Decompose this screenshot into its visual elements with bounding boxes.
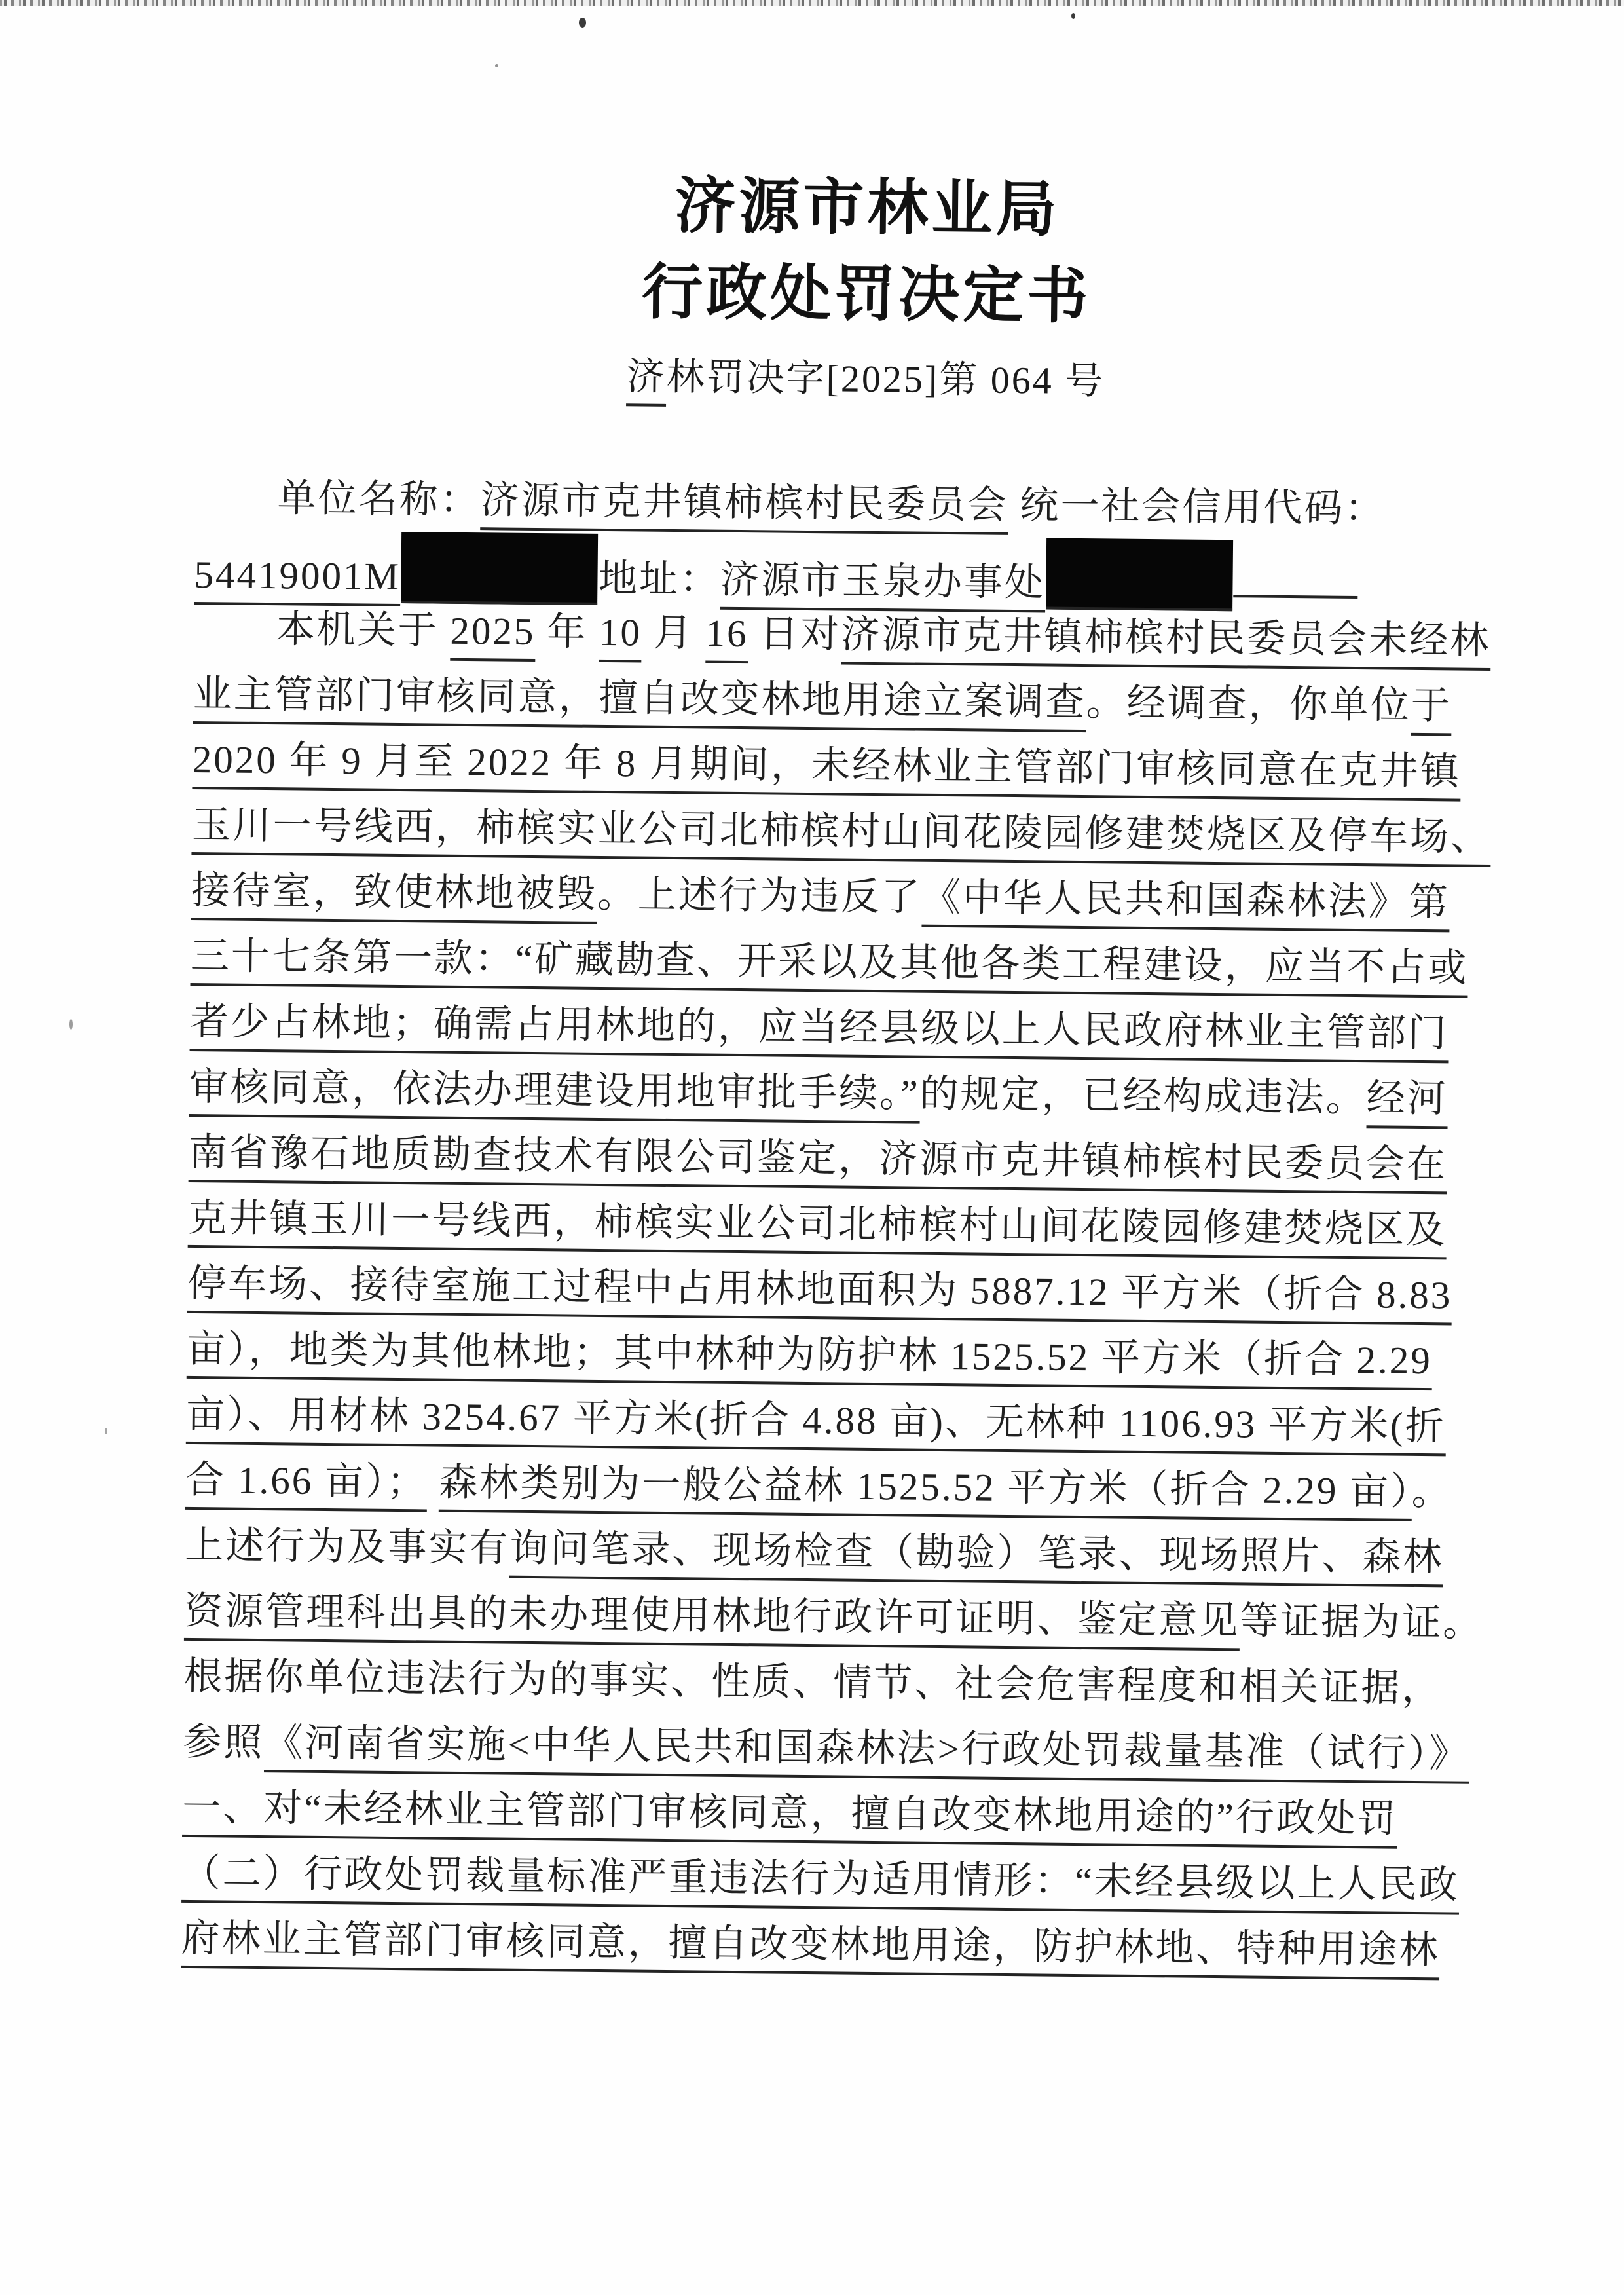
body-line: 审核同意，依法办理建设用地审批手续。”的规定，已经构成违法。经河 bbox=[189, 1054, 1529, 1132]
body-line: 南省豫石地质勘查技术有限公司鉴定，济源市克井镇柿槟村民委员会在 bbox=[189, 1119, 1528, 1198]
body-line: 合 1.66 亩）； 森林类别为一般公益林 1525.52 平方米（折合 2.2… bbox=[185, 1447, 1525, 1525]
body-line: 参照《河南省实施<中华人民共和国森林法>行政处罚裁量基准（试行）》 bbox=[183, 1709, 1522, 1787]
text-segment bbox=[427, 1460, 439, 1512]
underlined-text-segment: 济源市克井镇柿槟村民委员会 bbox=[480, 478, 1008, 535]
underlined-text-segment: 南省豫石地质勘查技术有限公司鉴定，济源市克井镇柿槟村民委员会在 bbox=[189, 1130, 1448, 1194]
underlined-text-segment: 2025 bbox=[450, 609, 536, 662]
underlined-text-segment: 者少占林地；确需占用林地的，应当经县级以上人民政府林业主管部门 bbox=[190, 999, 1449, 1063]
title-line-2: 行政处罚决定书 bbox=[196, 246, 1536, 345]
body-line: 者少占林地；确需占用林地的，应当经县级以上人民政府林业主管部门 bbox=[190, 988, 1530, 1067]
document-number-underlined-char: 济 bbox=[626, 355, 667, 407]
underlined-text-segment: 10 bbox=[599, 610, 642, 663]
underlined-text-segment: 询问笔录、现场检查（勘验）笔录、现场照片、森林 bbox=[509, 1527, 1444, 1588]
text-segment: 。经调查，你单位 bbox=[1086, 681, 1411, 736]
redaction-box bbox=[401, 532, 599, 605]
underlined-text-segment: 三十七条第一款：“矿藏勘查、开采以及其他各类工程建设，应当不占或 bbox=[191, 934, 1469, 998]
body-line: 府林业主管部门审核同意，擅自改变林地用途，防护林地、特种用途林 bbox=[181, 1905, 1521, 1984]
body-line: 玉川一号线西，柿槟实业公司北柿槟村山间花陵园修建焚烧区及停车场、 bbox=[191, 792, 1531, 870]
body-line: 资源管理科出具的未办理使用林地行政许可证明、鉴定意见等证据为证。 bbox=[184, 1578, 1524, 1656]
blank-underline bbox=[1233, 582, 1357, 599]
body-line: 亩）、用材林 3254.67 平方米(折合 4.88 亩)、无林种 1106.9… bbox=[186, 1381, 1526, 1460]
underlined-text-segment: 玉川一号线西，柿槟实业公司北柿槟村山间花陵园修建焚烧区及停车场、 bbox=[191, 803, 1491, 867]
body-line: 停车场、接待室施工过程中占用林地面积为 5887.12 平方米（折合 8.83 bbox=[187, 1250, 1527, 1329]
body-line: 2020 年 9 月至 2022 年 8 月期间，未经林业主管部门审核同意在克井… bbox=[192, 726, 1532, 805]
underlined-text-segment: 业主管部门审核同意，擅自改变林地用途立案调查 bbox=[193, 672, 1086, 732]
document-number-text: 林罚决字[2025]第 064 号 bbox=[666, 356, 1105, 411]
text-segment: 根据你单位违法行为的事实、性质、情节、社会危害程度和相关证据， bbox=[183, 1654, 1443, 1718]
underlined-text-segment: 16 bbox=[705, 611, 748, 663]
text-segment: 的规定，已经构成违法。 bbox=[919, 1072, 1367, 1129]
underlined-text-segment: 《河南省实施<中华人民共和国森林法>行政处罚裁量基准（试行）》 bbox=[264, 1721, 1470, 1784]
text-segment: 月 bbox=[642, 611, 706, 663]
underlined-text-segment: 资源管理科出具的未办理使用林地行政许可证明、鉴定意见 bbox=[184, 1589, 1240, 1651]
underlined-text-segment: 森林类别为一般公益林 1525.52 平方米（折合 2.29 亩） bbox=[439, 1461, 1412, 1521]
body-line: 业主管部门审核同意，擅自改变林地用途立案调查。经调查，你单位于 bbox=[193, 661, 1532, 739]
underlined-text-segment: 停车场、接待室施工过程中占用林地面积为 5887.12 平方米（折合 8.83 bbox=[187, 1261, 1452, 1326]
body-line: 亩），地类为其他林地；其中林种为防护林 1525.52 平方米（折合 2.29 bbox=[187, 1316, 1526, 1394]
text-segment: 单位名称： bbox=[277, 476, 481, 530]
text-segment: 。 bbox=[1411, 1470, 1452, 1522]
underlined-text-segment: 经河 bbox=[1366, 1076, 1448, 1129]
body-line: （二）行政处罚裁量标准严重违法行为适用情形：“未经县级以上人民政 bbox=[181, 1840, 1521, 1918]
redaction-box bbox=[1046, 538, 1233, 611]
text-segment: 参照 bbox=[183, 1720, 265, 1772]
underlined-text-segment: 于 bbox=[1411, 684, 1452, 736]
scanned-document-page: 济源市林业局 行政处罚决定书 济林罚决字[2025]第 064 号 单位名称：济… bbox=[0, 0, 1624, 2295]
underlined-text-segment: 审核同意，依法办理建设用地审批手续。” bbox=[189, 1065, 920, 1124]
body-line: 上述行为及事实有询问笔录、现场检查（勘验）笔录、现场照片、森林 bbox=[185, 1512, 1524, 1591]
underlined-text-segment: 济源市克井镇柿槟村民委员会未经林 bbox=[841, 612, 1491, 671]
body-line: 三十七条第一款：“矿藏勘查、开采以及其他各类工程建设，应当不占或 bbox=[190, 923, 1530, 1001]
body-line: 单位名称：济源市克井镇柿槟村民委员会 统一社会信用代码： bbox=[194, 464, 1534, 543]
text-segment: 。上述行为违反了 bbox=[597, 872, 922, 927]
document-title: 济源市林业局 行政处罚决定书 bbox=[196, 0, 1539, 345]
body-line: 本机关于 2025 年 10 月 16 日对济源市克井镇柿槟村民委员会未经林 bbox=[193, 595, 1533, 674]
text-segment: 上述行为及事实有 bbox=[185, 1523, 510, 1578]
text-segment: 本机关于 bbox=[276, 607, 451, 661]
text-segment: 等证据为证。 bbox=[1240, 1599, 1484, 1653]
underlined-text-segment: （二）行政处罚裁量标准严重违法行为适用情形：“未经县级以上人民政 bbox=[181, 1851, 1460, 1915]
text-segment: 年 bbox=[535, 610, 599, 662]
document-sheet: 济源市林业局 行政处罚决定书 济林罚决字[2025]第 064 号 单位名称：济… bbox=[0, 0, 1624, 1985]
body-line: 接待室，致使林地被毁。上述行为违反了《中华人民共和国森林法》第 bbox=[191, 857, 1530, 936]
title-line-1: 济源市林业局 bbox=[197, 159, 1537, 259]
body-line: 54419001M地址：济源市玉泉办事处 bbox=[194, 530, 1534, 608]
underlined-text-segment: 《中华人民共和国森林法》第 bbox=[921, 876, 1450, 933]
text-segment bbox=[1008, 483, 1020, 535]
underlined-text-segment: 克井镇玉川一号线西，柿槟实业公司北柿槟村山间花陵园修建焚烧区及 bbox=[188, 1196, 1447, 1259]
underlined-text-segment: 2020 年 9 月至 2022 年 8 月期间，未经林业主管部门审核同意在克井… bbox=[192, 737, 1461, 802]
underlined-text-segment: 亩）、用材林 3254.67 平方米(折合 4.88 亩)、无林种 1106.9… bbox=[186, 1392, 1446, 1456]
document-number: 济林罚决字[2025]第 064 号 bbox=[196, 349, 1536, 409]
body-line: 根据你单位违法行为的事实、性质、情节、社会危害程度和相关证据， bbox=[183, 1643, 1523, 1722]
underlined-text-segment: 府林业主管部门审核同意，擅自改变林地用途，防护林地、特种用途林 bbox=[181, 1916, 1440, 1980]
text-segment: 日对 bbox=[748, 612, 841, 664]
body-line: 克井镇玉川一号线西，柿槟实业公司北柿槟村山间花陵园修建焚烧区及 bbox=[188, 1185, 1528, 1263]
underlined-text-segment: 亩），地类为其他林地；其中林种为防护林 1525.52 平方米（折合 2.29 bbox=[187, 1327, 1432, 1390]
document-body: 单位名称：济源市克井镇柿槟村民委员会 统一社会信用代码：54419001M地址：… bbox=[181, 464, 1534, 1984]
underlined-text-segment: 接待室，致使林地被毁 bbox=[191, 868, 597, 924]
body-line: 一、对“未经林业主管部门审核同意，擅自改变林地用途的”行政处罚 bbox=[182, 1774, 1522, 1853]
underlined-text-segment: 合 1.66 亩）； bbox=[185, 1458, 428, 1512]
text-segment: 统一社会信用代码： bbox=[1020, 483, 1386, 538]
underlined-text-segment: 一、对“未经林业主管部门审核同意，擅自改变林地用途的”行政处罚 bbox=[182, 1785, 1398, 1849]
